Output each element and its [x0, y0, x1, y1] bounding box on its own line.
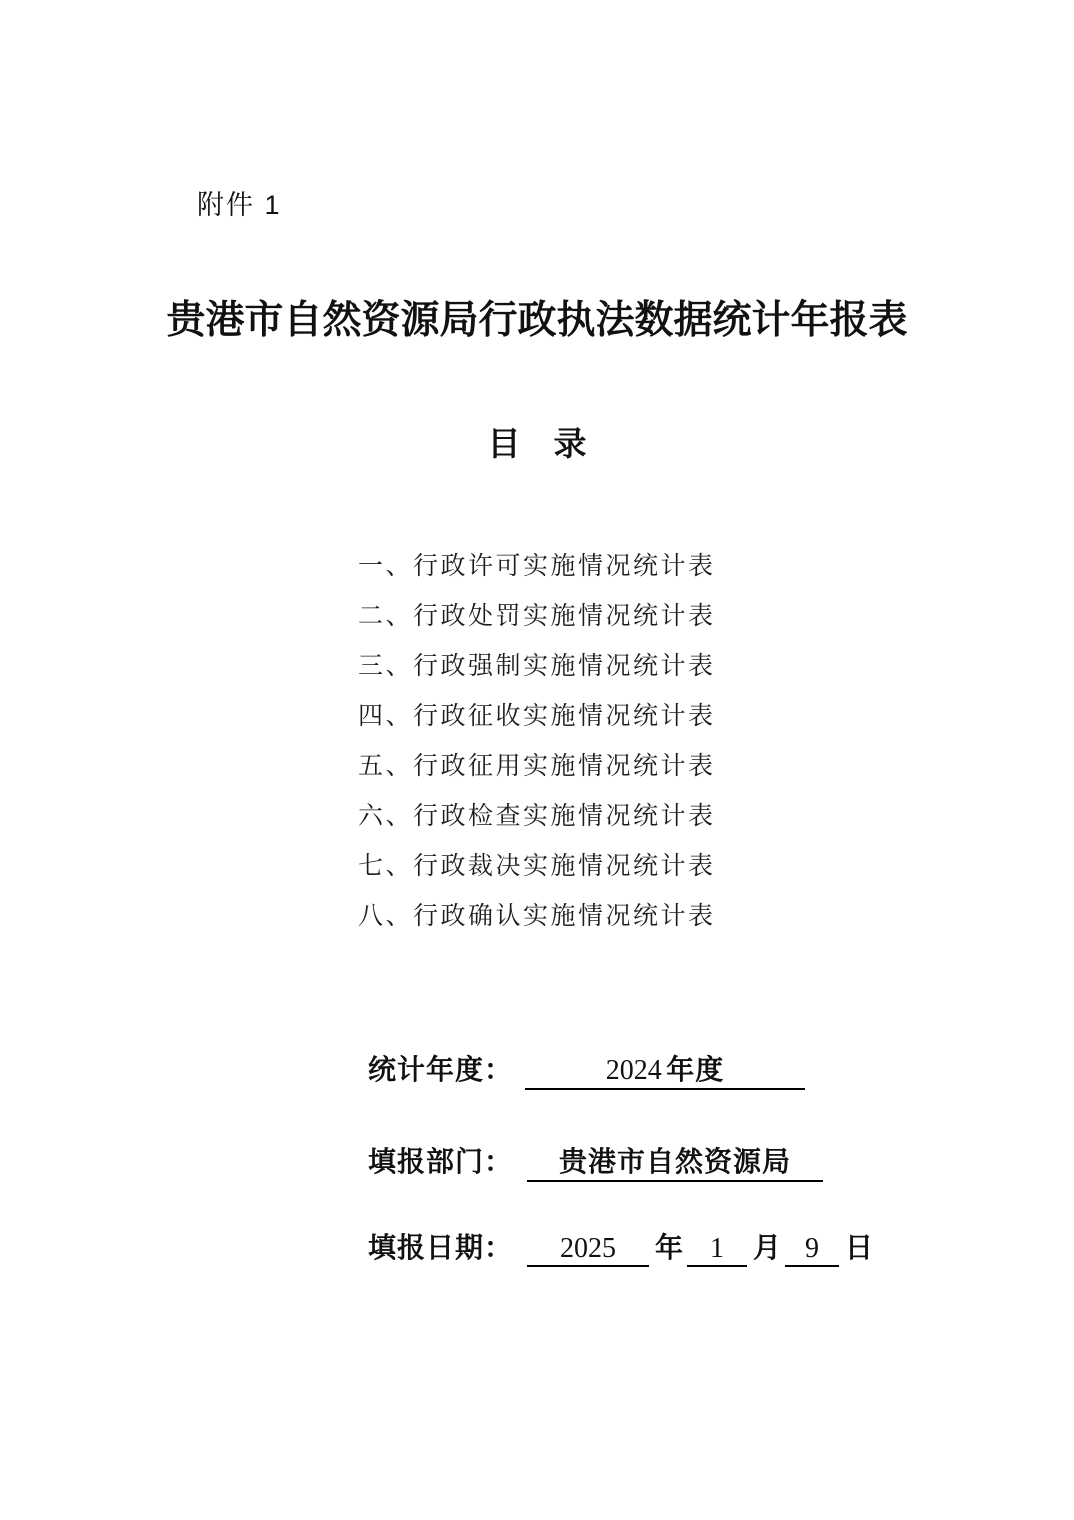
stat-year-blank: 2024 年度 — [525, 1048, 805, 1090]
toc-item-3: 三、行政强制实施情况统计表 — [358, 642, 716, 692]
stat-year-value-suffix: 年度 — [666, 1054, 724, 1085]
dept-value: 贵港市自然资源局 — [559, 1146, 791, 1177]
attachment-label: 附件 1 — [197, 183, 282, 222]
toc-item-6: 六、行政检查实施情况统计表 — [358, 792, 716, 842]
document-title: 贵港市自然资源局行政执法数据统计年报表 — [0, 289, 1074, 345]
toc-heading: 目 录 — [0, 418, 1074, 465]
date-day-blank: 9 — [785, 1233, 839, 1267]
toc-item-2: 二、行政处罚实施情况统计表 — [358, 592, 716, 642]
toc-list: 一、行政许可实施情况统计表 二、行政处罚实施情况统计表 三、行政强制实施情况统计… — [358, 542, 716, 942]
date-day-unit: 日 — [845, 1226, 873, 1266]
date-year-blank: 2025 — [527, 1233, 649, 1267]
field-reporting-date: 填报日期： 2025 年 1 月 9 日 — [368, 1226, 877, 1267]
date-year-unit: 年 — [655, 1226, 683, 1266]
field-stat-year: 统计年度： 2024 年度 — [368, 1048, 805, 1090]
date-label: 填报日期： — [368, 1226, 513, 1266]
toc-item-8: 八、行政确认实施情况统计表 — [358, 892, 716, 942]
toc-item-5: 五、行政征用实施情况统计表 — [358, 742, 716, 792]
toc-item-4: 四、行政征收实施情况统计表 — [358, 692, 716, 742]
stat-year-label: 统计年度： — [368, 1048, 513, 1088]
document-page: 附件 1 贵港市自然资源局行政执法数据统计年报表 目 录 一、行政许可实施情况统… — [0, 0, 1074, 1520]
stat-year-value-number: 2024 — [606, 1055, 662, 1086]
dept-label: 填报部门： — [368, 1140, 513, 1180]
toc-item-7: 七、行政裁决实施情况统计表 — [358, 842, 716, 892]
date-month-unit: 月 — [753, 1226, 781, 1266]
field-reporting-department: 填报部门： 贵港市自然资源局 — [368, 1140, 823, 1182]
toc-item-1: 一、行政许可实施情况统计表 — [358, 542, 716, 592]
dept-blank: 贵港市自然资源局 — [527, 1140, 823, 1182]
date-month-blank: 1 — [687, 1233, 747, 1267]
